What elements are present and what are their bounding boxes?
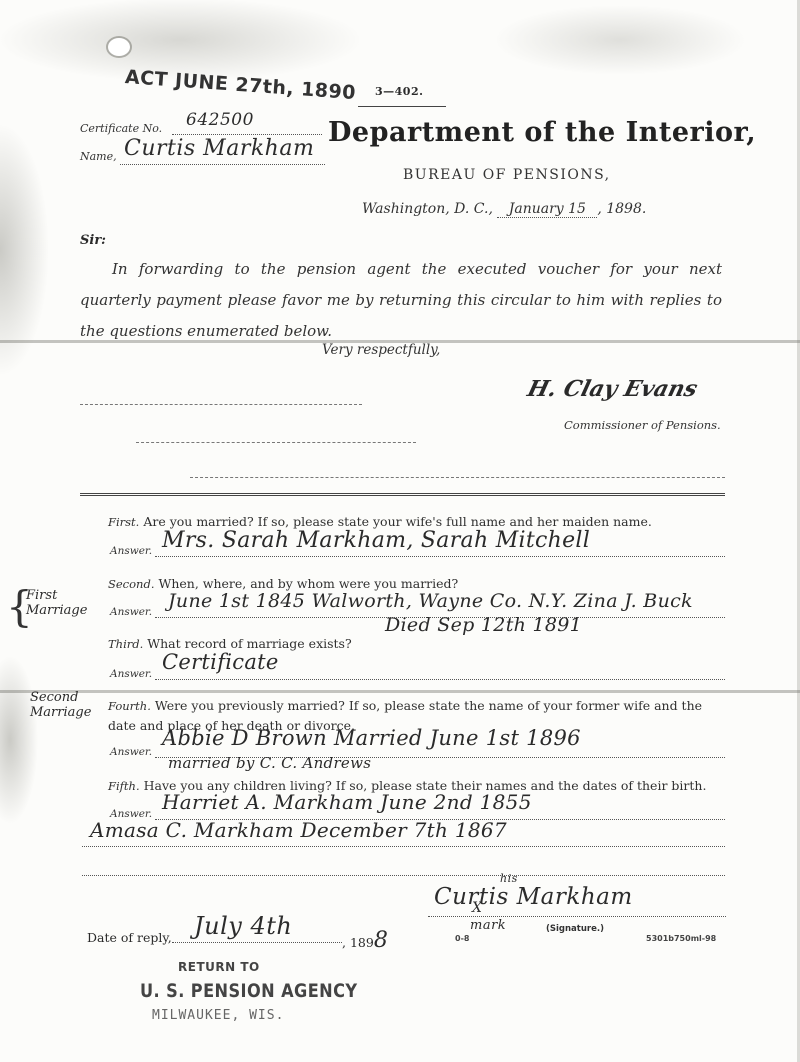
date-of-reply-label: Date of reply,: [87, 930, 172, 945]
signature-x-mark: X: [472, 900, 482, 916]
answer-line: [82, 846, 725, 847]
answer-line: [82, 875, 725, 876]
return-stamp-line1: RETURN TO: [178, 960, 260, 974]
return-stamp-line3: MILWAUKEE, WIS.: [152, 1008, 284, 1023]
certificate-field: 642500: [172, 110, 322, 135]
answer-line: [155, 679, 725, 680]
blank-line: [80, 404, 362, 405]
margin-note-second-marriage: Second Marriage: [30, 690, 100, 720]
date-of-reply-field: July 4th: [172, 912, 342, 943]
letter-body: In forwarding to the pension agent the e…: [80, 254, 722, 347]
answer-second-line1: June 1st 1845 Walworth, Wayne Co. N.Y. Z…: [168, 590, 693, 612]
answer-label: Answer.: [110, 746, 152, 758]
signature-value: Curtis Markham: [428, 884, 633, 910]
name-field: Curtis Markham: [120, 136, 325, 165]
answer-label: Answer.: [110, 606, 152, 618]
answer-fifth-line2: Amasa C. Markham December 7th 1867: [90, 818, 507, 842]
blank-line: [136, 442, 416, 443]
letter-date: January 15: [497, 201, 597, 218]
document-page: ACT JUNE 27th, 1890 3—402. Certificate N…: [0, 0, 800, 1062]
answer-label: Answer.: [110, 545, 152, 557]
margin-note-first-marriage: First Marriage: [26, 588, 96, 618]
name-label: Name,: [80, 150, 117, 163]
reply-year: , 1898: [342, 928, 388, 953]
signature-label: (Signature.): [546, 924, 604, 934]
certificate-label: Certificate No.: [80, 122, 162, 135]
answer-fifth-line1: Harriet A. Markham June 2nd 1855: [162, 790, 532, 814]
signature-his: his: [500, 872, 518, 885]
letter-year: , 1898.: [597, 201, 646, 217]
answer-line: [155, 556, 725, 557]
act-stamp: ACT JUNE 27th, 1890: [124, 66, 356, 104]
paper-fold: [0, 690, 800, 693]
signature-mark: mark: [470, 918, 506, 933]
question-third: Third. What record of marriage exists?: [108, 636, 352, 651]
reply-date: July 4th: [172, 912, 292, 940]
answer-fourth-line1: Abbie D Brown Married June 1st 1896: [162, 726, 581, 750]
department-title: Department of the Interior,: [328, 117, 756, 148]
answer-fourth-line2: married by C. C. Andrews: [168, 754, 371, 772]
form-code-right: 5301b750ml-98: [646, 934, 716, 943]
form-number: 3—402.: [375, 85, 423, 98]
name-value: Curtis Markham: [120, 136, 314, 161]
question-second: Second. When, where, and by whom were yo…: [108, 576, 458, 591]
punch-hole: [108, 38, 130, 56]
place: Washington, D. C.,: [362, 201, 493, 217]
commissioner-title: Commissioner of Pensions.: [564, 418, 721, 432]
question-first: First. Are you married? If so, please st…: [108, 514, 652, 529]
answer-label: Answer.: [110, 668, 152, 680]
commissioner-signature: H. Clay Evans: [525, 376, 700, 402]
bureau-name: BUREAU OF PENSIONS,: [403, 167, 611, 183]
place-date: Washington, D. C., January 15, 1898.: [362, 201, 646, 218]
letter-body-text: In forwarding to the pension agent the e…: [80, 260, 722, 340]
form-number-rule: [358, 106, 446, 107]
section-divider: [80, 493, 725, 496]
return-stamp-line2: U. S. PENSION AGENCY: [140, 980, 358, 1002]
blank-line: [190, 477, 725, 478]
salutation: Sir:: [80, 233, 106, 248]
certificate-value: 642500: [172, 110, 254, 130]
answer-second-line2: Died Sep 12th 1891: [385, 614, 582, 636]
answer-first: Mrs. Sarah Markham, Sarah Mitchell: [162, 528, 590, 553]
closing: Very respectfully,: [322, 342, 440, 358]
form-code-left: 0-8: [455, 934, 469, 943]
answer-third: Certificate: [162, 650, 279, 674]
